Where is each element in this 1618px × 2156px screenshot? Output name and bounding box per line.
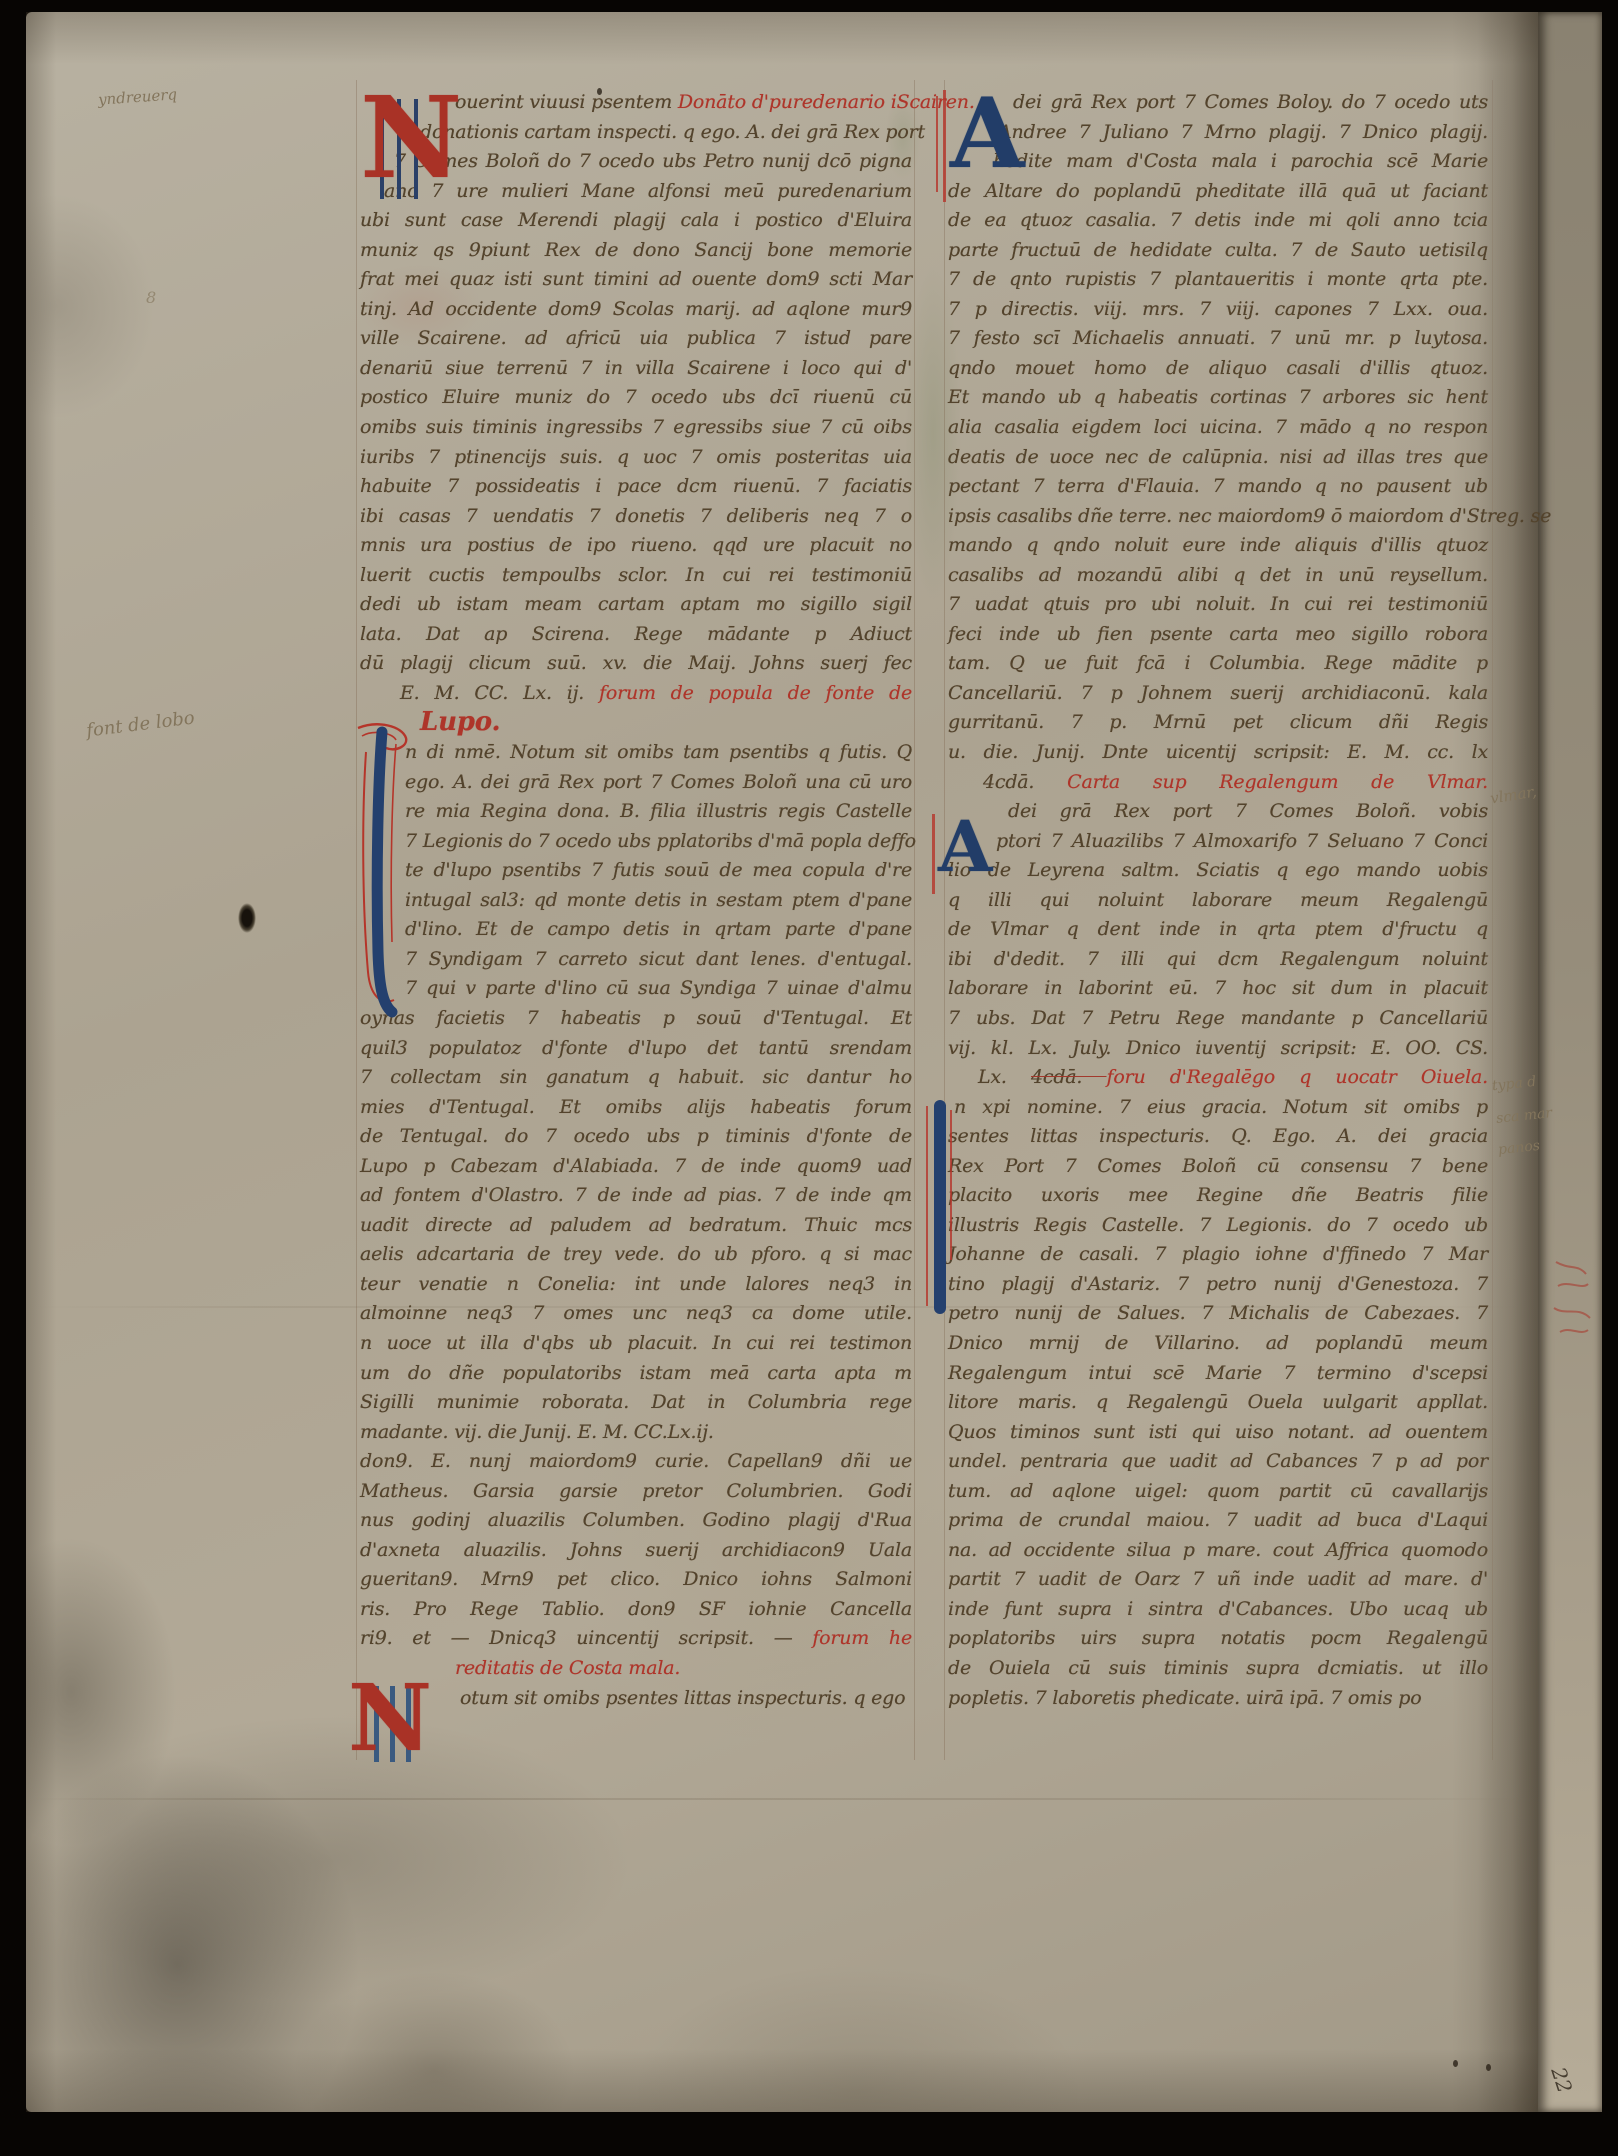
text-line: deatis de uoce nec de calūpnia. nisi ad …: [948, 443, 1488, 473]
text-line: re mia Regina dona. B. filia illustris r…: [360, 797, 912, 827]
ink-text: 7 collectam sin ganatum q habuit. sic da…: [360, 1066, 912, 1088]
red-margin-squiggle: [1548, 1256, 1594, 1350]
ink-text: tum. ad aqlone uigel: quom partit cū cav…: [948, 1480, 1488, 1502]
ink-text: ville Scairene. ad africū uia publica 7 …: [360, 327, 912, 349]
ink-text: feci inde ub fien psente carta meo sigil…: [948, 623, 1488, 645]
ink-text: laborare in laborint eū. 7 hoc sit dum i…: [948, 977, 1488, 999]
ink-text: Sigilli munimie roborata. Dat in Columbr…: [360, 1391, 912, 1413]
text-line: ego. A. dei grā Rex port 7 Comes Boloñ u…: [360, 768, 912, 798]
text-line: ville Scairene. ad africū uia publica 7 …: [360, 324, 912, 354]
rubric-text: forum he: [812, 1627, 912, 1649]
text-line: madante. vij. die Junij. E. M. CC.Lx.ij.: [360, 1418, 912, 1448]
initial-n-red-striped-top: N: [360, 83, 450, 243]
ink-text: Dnico mrnij de Villarino. ad poplandū me…: [948, 1332, 1488, 1354]
ink-text: n uoce ut illa d'qbs ub placuit. In cui …: [360, 1332, 912, 1354]
manuscript-photo: ouerint viuusi psentem Donāto d'puredena…: [0, 0, 1618, 2156]
text-line: Sigilli munimie roborata. Dat in Columbr…: [360, 1388, 912, 1418]
text-line: de Tentugal. do 7 ocedo ubs p timinis d'…: [360, 1122, 912, 1152]
text-line: laborare in laborint eū. 7 hoc sit dum i…: [948, 974, 1488, 1004]
ink-text: petro nunij de Salues. 7 Michalis de Cab…: [948, 1302, 1488, 1324]
ink-text: d'lino. Et de campo detis in qrtam parte…: [405, 918, 912, 940]
ink-text: dedi ub istam meam cartam aptam mo sigil…: [360, 593, 912, 615]
ink-text: de Altare do poplandū pheditate illā quā…: [948, 180, 1488, 202]
ruling-line: [1492, 80, 1493, 1760]
parchment-crease: [30, 1798, 1530, 1800]
text-line: d'axneta aluazilis. Johns suerij archidi…: [360, 1536, 912, 1566]
ink-text: ibi casas 7 uendatis 7 donetis 7 deliber…: [360, 505, 912, 527]
text-line: nus godinj aluazilis Columben. Godino pl…: [360, 1506, 912, 1536]
text-line: petro nunij de Salues. 7 Michalis de Cab…: [948, 1299, 1488, 1329]
initial-a-blue-mid: A: [938, 812, 998, 902]
ink-text: 7 Legionis do 7 ocedo ubs pplatoribs d'm…: [405, 830, 916, 852]
ink-text: iuribs 7 ptinencijs suis. q uoc 7 omis p…: [360, 446, 912, 468]
ink-text: habuite 7 possideatis i pace dcm riuenū.…: [360, 475, 912, 497]
text-line: placito uxoris mee Regine dñe Beatris fi…: [948, 1181, 1488, 1211]
text-line: Dnico mrnij de Villarino. ad poplandū me…: [948, 1329, 1488, 1359]
ruling-line: [944, 80, 945, 1760]
ink-text: Lupo p Cabezam d'Alabiada. 7 de inde quo…: [360, 1155, 912, 1177]
ink-text: casalibs ad mozandū alibi q det in unū r…: [948, 564, 1488, 586]
ink-text: ris. Pro Rege Tablio. don9 SF iohnie Can…: [360, 1598, 912, 1620]
text-line: feci inde ub fien psente carta meo sigil…: [948, 620, 1488, 650]
text-line: teur venatie n Conelia: int unde lalores…: [360, 1270, 912, 1300]
ink-text: postico Eluire muniz do 7 ocedo ubs dcī …: [360, 386, 912, 408]
text-line: ris. Pro Rege Tablio. don9 SF iohnie Can…: [360, 1595, 912, 1625]
text-line: q illi qui noluint laborare meum Regalen…: [948, 886, 1488, 916]
text-line: 7 Syndigam 7 carreto sicut dant lenes. d…: [360, 945, 912, 975]
ink-text: placito uxoris mee Regine dñe Beatris fi…: [948, 1184, 1488, 1206]
text-line: Lupo p Cabezam d'Alabiada. 7 de inde quo…: [360, 1152, 912, 1182]
text-line: mando q qndo noluit eure inde aliquis d'…: [948, 531, 1488, 561]
text-line: tam. Q ue fuit fcā i Columbia. Rege mādi…: [948, 649, 1488, 679]
rubric-text: forum de popula de fonte de: [599, 682, 912, 704]
text-line: Lupo.: [360, 708, 912, 738]
rubric-text: Donāto d'puredenario iScairen.: [678, 91, 975, 113]
ink-text: quil3 populatoz d'fonte d'lupo det tantū…: [360, 1037, 912, 1059]
ink-text: de ea qtuoz casalia. 7 detis inde mi qol…: [948, 209, 1488, 231]
text-line: alia casalia eigdem loci uicina. 7 mādo …: [948, 413, 1488, 443]
text-line: Et mando ub q habeatis cortinas 7 arbore…: [948, 383, 1488, 413]
ink-text: 7 ubs. Dat 7 Petru Rege mandante p Cance…: [948, 1007, 1488, 1029]
text-line: lata. Dat ap Scirena. Rege mādante p Adi…: [360, 620, 912, 650]
text-line: tinj. Ad occidente dom9 Scolas marij. ad…: [360, 295, 912, 325]
text-line: litore maris. q Regalengū Ouela uulgarit…: [948, 1388, 1488, 1418]
ink-text: partit 7 uadit de Oarz 7 uñ inde uadit a…: [948, 1568, 1488, 1590]
text-line: 7 de qnto rupistis 7 plantaueritis i mon…: [948, 265, 1488, 295]
text-line: ibi d'dedit. 7 illi qui dcm Regalengum n…: [948, 945, 1488, 975]
initial-a-blue-top: A: [950, 86, 1020, 206]
text-line: Andree 7 Juliano 7 Mrno plagij. 7 Dnico …: [948, 118, 1488, 148]
text-line: na. ad occidente silua p mare. cout Affr…: [948, 1536, 1488, 1566]
ink-text: tinj. Ad occidente dom9 Scolas marij. ad…: [360, 298, 912, 320]
ink-text: ouerint viuusi psentem: [455, 91, 678, 113]
ink-text: 7 uadat qtuis pro ubi noluit. In cui rei…: [948, 593, 1488, 615]
ink-text: ipsis casalibs dñe terre. nec maiordom9 …: [948, 505, 1551, 527]
text-line: pectant 7 terra d'Flauia. 7 mando q no p…: [948, 472, 1488, 502]
text-line: oynas facietis 7 habeatis p souū d'Tentu…: [360, 1004, 912, 1034]
text-line: Johanne de casali. 7 plagio iohne d'ffin…: [948, 1240, 1488, 1270]
ink-text: re mia Regina dona. B. filia illustris r…: [405, 800, 912, 822]
text-line: d'lino. Et de campo detis in qrtam parte…: [360, 915, 912, 945]
ink-text: qndo mouet homo de aliquo casali d'illis…: [948, 357, 1488, 379]
text-line: n xpi nomine. 7 eius gracia. Notum sit o…: [948, 1093, 1488, 1123]
ink-text: 7 Comes Boloñ do 7 ocedo ubs Petro nunij…: [394, 150, 912, 172]
ink-text: n xpi nomine. 7 eius gracia. Notum sit o…: [954, 1096, 1488, 1118]
text-line: ibi casas 7 uendatis 7 donetis 7 deliber…: [360, 502, 912, 532]
parchment-hole: [238, 903, 256, 933]
text-line: E. M. CC. Lx. ij. forum de popula de fon…: [360, 679, 912, 709]
text-line: popletis. 7 laboretis phedicate. uirā ip…: [948, 1684, 1488, 1714]
text-line: frat mei quaz isti sunt timini ad ouente…: [360, 265, 912, 295]
ink-text: omibs suis timinis ingressibs 7 egressib…: [360, 416, 912, 438]
ink-text: na. ad occidente silua p mare. cout Affr…: [948, 1539, 1488, 1561]
ink-text: donationis cartam inspecti. q ego. A. de…: [420, 121, 925, 143]
text-line: Quos timinos sunt isti qui uiso notant. …: [948, 1418, 1488, 1448]
ink-text: mnis ura postius de ipo riueno. qqd ure …: [360, 534, 912, 556]
text-line: intugal sal3: qd monte detis in sestam p…: [360, 886, 912, 916]
ink-text: madante. vij. die Junij. E. M. CC.Lx.ij.: [360, 1421, 714, 1443]
ink-text: Cancellariū. 7 p Johnem suerij archidiac…: [948, 682, 1488, 704]
ink-text: de Ouiela cū suis timinis supra dcmiatis…: [948, 1657, 1488, 1679]
text-line: Rex Port 7 Comes Boloñ cū consensu 7 ben…: [948, 1152, 1488, 1182]
ink-text: Johanne de casali. 7 plagio iohne d'ffin…: [948, 1243, 1488, 1265]
text-line: sentes littas inspecturis. Q. Ego. A. de…: [948, 1122, 1488, 1152]
ink-text: sentes littas inspecturis. Q. Ego. A. de…: [948, 1125, 1488, 1147]
ink-text: alia casalia eigdem loci uicina. 7 mādo …: [948, 416, 1488, 438]
ink-text: denariū siue terrenū 7 in villa Scairene…: [360, 357, 912, 379]
text-line: aelis adcartaria de trey vede. do ub pfo…: [360, 1240, 912, 1270]
ink-text: gueritan9. Mrn9 pet clico. Dnico iohns S…: [360, 1568, 912, 1590]
text-line: n di nmē. Notum sit omibs tam psentibs q…: [360, 738, 912, 768]
rubric-text: Carta sup Regalengum de Vlmar.: [1067, 771, 1488, 793]
ink-text: Regalengum intui scē Marie 7 termino d's…: [948, 1362, 1488, 1384]
ink-text: inde funt supra i sintra d'Cabances. Ubo…: [948, 1598, 1488, 1620]
margin-mark-8: 8: [146, 288, 156, 307]
ink-text: 7 Syndigam 7 carreto sicut dant lenes. d…: [405, 948, 912, 970]
text-line: mies d'Tentugal. Et omibs alijs habeatis…: [360, 1093, 912, 1123]
ink-text: ptori 7 Aluazilibs 7 Almoxarifo 7 Seluan…: [996, 830, 1488, 852]
ink-text: Lx.: [978, 1066, 1031, 1088]
ink-text: de Tentugal. do 7 ocedo ubs p timinis d'…: [360, 1125, 912, 1147]
ink-text: mando q qndo noluit eure inde aliquis d'…: [948, 534, 1488, 556]
text-line: 7 Legionis do 7 ocedo ubs pplatoribs d'm…: [360, 827, 912, 857]
ink-text: dei grā Rex port 7 Comes Boloy. do 7 oce…: [1013, 91, 1488, 113]
ink-text: ano 7 ure mulieri Mane alfonsi meū pured…: [384, 180, 912, 202]
ink-text: otum sit omibs psentes littas inspecturi…: [460, 1687, 905, 1709]
ink-text: oynas facietis 7 habeatis p souū d'Tentu…: [360, 1007, 912, 1029]
ink-text: Rex Port 7 Comes Boloñ cū consensu 7 ben…: [948, 1155, 1488, 1177]
ink-text: parte fructuū de hedidate culta. 7 de Sa…: [948, 239, 1488, 261]
ink-text: lata. Dat ap Scirena. Rege mādante p Adi…: [360, 623, 912, 645]
ink-text: tam. Q ue fuit fcā i Columbia. Rege mādi…: [948, 652, 1488, 674]
text-line: casalibs ad mozandū alibi q det in unū r…: [948, 561, 1488, 591]
wormhole-speck: [1453, 2060, 1458, 2067]
text-line: Cancellariū. 7 p Johnem suerij archidiac…: [948, 679, 1488, 709]
text-line: hedite mam d'Costa mala i parochia scē M…: [948, 147, 1488, 177]
ink-text: E. M. CC. Lx. ij.: [400, 682, 599, 704]
ink-text: aelis adcartaria de trey vede. do ub pfo…: [360, 1243, 912, 1265]
right-text-column: dei grā Rex port 7 Comes Boloy. do 7 oce…: [948, 88, 1488, 1713]
ink-text: ibi d'dedit. 7 illi qui dcm Regalengum n…: [948, 948, 1488, 970]
text-line: partit 7 uadit de Oarz 7 uñ inde uadit a…: [948, 1565, 1488, 1595]
text-line: denariū siue terrenū 7 in villa Scairene…: [360, 354, 912, 384]
text-line: omibs suis timinis ingressibs 7 egressib…: [360, 413, 912, 443]
ink-text: 7 p directis. viij. mrs. 7 viij. capones…: [948, 298, 1488, 320]
ink-text: litore maris. q Regalengū Ouela uulgarit…: [948, 1391, 1488, 1413]
left-text-column: ouerint viuusi psentem Donāto d'puredena…: [360, 88, 912, 1713]
text-line: 4cdā. Carta sup Regalengum de Vlmar.: [948, 768, 1488, 798]
ink-text: Quos timinos sunt isti qui uiso notant. …: [948, 1421, 1488, 1443]
ink-text: intugal sal3: qd monte detis in sestam p…: [405, 889, 912, 911]
text-line: habuite 7 possideatis i pace dcm riuenū.…: [360, 472, 912, 502]
text-line: de Vlmar q dent inde in qrta ptem d'fruc…: [948, 915, 1488, 945]
text-line: quil3 populatoz d'fonte d'lupo det tantū…: [360, 1034, 912, 1064]
ink-text: ri9. et — Dnicq3 uincentij scripsit. —: [360, 1627, 812, 1649]
text-line: de Altare do poplandū pheditate illā quā…: [948, 177, 1488, 207]
text-line: qndo mouet homo de aliquo casali d'illis…: [948, 354, 1488, 384]
text-line: 7 collectam sin ganatum q habuit. sic da…: [360, 1063, 912, 1093]
ink-text: 4cdā.: [1031, 1066, 1106, 1088]
ink-text: 7 festo scī Michaelis annuati. 7 unū mr.…: [948, 327, 1488, 349]
ink-text: um do dñe populatoribs istam meā carta a…: [360, 1362, 912, 1384]
text-line: prima de crundal maiou. 7 uadit ad buca …: [948, 1506, 1488, 1536]
ink-text: tino plagij d'Astariz. 7 petro nunij d'G…: [948, 1273, 1488, 1295]
rubric-text: foru d'Regalēgo q uocatr Oiuela.: [1106, 1066, 1488, 1088]
ink-text: 7 qui v parte d'lino cū sua Syndiga 7 ui…: [405, 977, 912, 999]
ink-text: hedite mam d'Costa mala i parochia scē M…: [993, 150, 1488, 172]
filigree-j-art: [352, 722, 412, 1022]
ink-text: nus godinj aluazilis Columben. Godino pl…: [360, 1509, 912, 1531]
ink-text: Et mando ub q habeatis cortinas 7 arbore…: [948, 386, 1488, 408]
text-line: illustris Regis Castelle. 7 Legionis. do…: [948, 1211, 1488, 1241]
text-line: 7 uadat qtuis pro ubi noluit. In cui rei…: [948, 590, 1488, 620]
text-line: 7 festo scī Michaelis annuati. 7 unū mr.…: [948, 324, 1488, 354]
text-line: tino plagij d'Astariz. 7 petro nunij d'G…: [948, 1270, 1488, 1300]
text-line: 7 ubs. Dat 7 Petru Rege mandante p Cance…: [948, 1004, 1488, 1034]
text-line: de ea qtuoz casalia. 7 detis inde mi qol…: [948, 206, 1488, 236]
text-line: vij. kl. Lx. July. Dnico iuventij scrips…: [948, 1034, 1488, 1064]
initial-j-blue-filigree: [352, 722, 412, 1022]
text-line: ri9. et — Dnicq3 uincentij scripsit. — f…: [360, 1624, 912, 1654]
ink-text: u. die. Junij. Dnte uicentij scripsit: E…: [948, 741, 1488, 763]
text-line: te d'lupo psentibs 7 futis souū de mea c…: [360, 856, 912, 886]
text-line: undel. pentraria que uadit ad Cabances 7…: [948, 1447, 1488, 1477]
text-line: de Ouiela cū suis timinis supra dcmiatis…: [948, 1654, 1488, 1684]
text-line: don9. E. nunj maiordom9 curie. Capellan9…: [360, 1447, 912, 1477]
text-line: uadit directe ad paludem ad bedratum. Th…: [360, 1211, 912, 1241]
text-line: n uoce ut illa d'qbs ub placuit. In cui …: [360, 1329, 912, 1359]
text-line: luerit cuctis tempoulbs sclor. In cui re…: [360, 561, 912, 591]
text-line: ptori 7 Aluazilibs 7 Almoxarifo 7 Seluan…: [948, 827, 1488, 857]
text-line: gueritan9. Mrn9 pet clico. Dnico iohns S…: [360, 1565, 912, 1595]
ink-text: poplatoribs uirs supra notatis pocm Rega…: [948, 1627, 1488, 1649]
next-folio-edge: [1538, 12, 1602, 2112]
initial-i-blue-tall: [926, 1100, 960, 1320]
ink-text: n di nmē. Notum sit omibs tam psentibs q…: [405, 741, 912, 763]
text-line: dei grā Rex port 7 Comes Boloñ. vobis: [948, 797, 1488, 827]
ink-text: mies d'Tentugal. Et omibs alijs habeatis…: [360, 1096, 912, 1118]
text-line: iuribs 7 ptinencijs suis. q uoc 7 omis p…: [360, 443, 912, 473]
text-line: parte fructuū de hedidate culta. 7 de Sa…: [948, 236, 1488, 266]
text-line: dedi ub istam meam cartam aptam mo sigil…: [360, 590, 912, 620]
ink-text: prima de crundal maiou. 7 uadit ad buca …: [948, 1509, 1488, 1531]
text-line: dei grā Rex port 7 Comes Boloy. do 7 oce…: [948, 88, 1488, 118]
ink-text: Andree 7 Juliano 7 Mrno plagij. 7 Dnico …: [998, 121, 1488, 143]
ink-text: luerit cuctis tempoulbs sclor. In cui re…: [360, 564, 912, 586]
ink-text: illustris Regis Castelle. 7 Legionis. do…: [948, 1214, 1488, 1236]
text-line: postico Eluire muniz do 7 ocedo ubs dcī …: [360, 383, 912, 413]
ink-text: dei grā Rex port 7 Comes Boloñ. vobis: [1008, 800, 1488, 822]
ink-text: uadit directe ad paludem ad bedratum. Th…: [360, 1214, 912, 1236]
ink-text: gurritanū. 7 p. Mrnū pet clicum dñi Regi…: [948, 711, 1488, 733]
ruling-line: [914, 80, 915, 1760]
ink-text: Matheus. Garsia garsie pretor Columbrien…: [360, 1480, 912, 1502]
text-line: ipsis casalibs dñe terre. nec maiordom9 …: [948, 502, 1488, 532]
text-line: almoinne neq3 7 omes unc neq3 ca dome ut…: [360, 1299, 912, 1329]
text-line: poplatoribs uirs supra notatis pocm Rega…: [948, 1624, 1488, 1654]
rubric-text: reditatis de Costa mala.: [455, 1657, 680, 1679]
ink-text: almoinne neq3 7 omes unc neq3 ca dome ut…: [360, 1302, 912, 1324]
ink-text: dū plagij clicum suū. xv. die Maij. John…: [360, 652, 912, 674]
ink-text: ego. A. dei grā Rex port 7 Comes Boloñ u…: [405, 771, 912, 793]
text-line: mnis ura postius de ipo riueno. qqd ure …: [360, 531, 912, 561]
ink-text: 4cdā.: [983, 771, 1067, 793]
ink-text: popletis. 7 laboretis phedicate. uirā ip…: [948, 1687, 1421, 1709]
ink-text: ad fontem d'Olastro. 7 de inde ad pias. …: [360, 1184, 912, 1206]
text-line: Regalengum intui scē Marie 7 termino d's…: [948, 1359, 1488, 1389]
text-line: lio de Leyrena saltm. Sciatis q ego mand…: [948, 856, 1488, 886]
ink-text: q illi qui noluint laborare meum Regalen…: [948, 889, 1488, 911]
ink-text: frat mei quaz isti sunt timini ad ouente…: [360, 268, 912, 290]
ink-text: d'axneta aluazilis. Johns suerij archidi…: [360, 1539, 912, 1561]
text-line: u. die. Junij. Dnte uicentij scripsit: E…: [948, 738, 1488, 768]
ink-text: teur venatie n Conelia: int unde lalores…: [360, 1273, 912, 1295]
text-line: dū plagij clicum suū. xv. die Maij. John…: [360, 649, 912, 679]
text-line: gurritanū. 7 p. Mrnū pet clicum dñi Regi…: [948, 708, 1488, 738]
ink-text: 7 de qnto rupistis 7 plantaueritis i mon…: [948, 268, 1488, 290]
wormhole-speck: [1486, 2064, 1491, 2071]
text-line: Lx. 4cdā. foru d'Regalēgo q uocatr Oiuel…: [948, 1063, 1488, 1093]
ink-text: pectant 7 terra d'Flauia. 7 mando q no p…: [948, 475, 1488, 497]
text-line: inde funt supra i sintra d'Cabances. Ubo…: [948, 1595, 1488, 1625]
ink-text: lio de Leyrena saltm. Sciatis q ego mand…: [948, 859, 1488, 881]
text-line: tum. ad aqlone uigel: quom partit cū cav…: [948, 1477, 1488, 1507]
initial-n-red-striped-bottom: N: [348, 1672, 458, 1782]
ink-text: de Vlmar q dent inde in qrta ptem d'fruc…: [948, 918, 1488, 940]
text-line: 7 qui v parte d'lino cū sua Syndiga 7 ui…: [360, 974, 912, 1004]
ink-text: deatis de uoce nec de calūpnia. nisi ad …: [948, 446, 1488, 468]
ink-text: don9. E. nunj maiordom9 curie. Capellan9…: [360, 1450, 912, 1472]
ink-text: undel. pentraria que uadit ad Cabances 7…: [948, 1450, 1488, 1472]
rubric-text: Lupo.: [420, 707, 500, 737]
text-line: Matheus. Garsia garsie pretor Columbrien…: [360, 1477, 912, 1507]
text-line: 7 p directis. viij. mrs. 7 viij. capones…: [948, 295, 1488, 325]
text-line: ad fontem d'Olastro. 7 de inde ad pias. …: [360, 1181, 912, 1211]
text-line: um do dñe populatoribs istam meā carta a…: [360, 1359, 912, 1389]
ink-text: te d'lupo psentibs 7 futis souū de mea c…: [405, 859, 912, 881]
ink-text: vij. kl. Lx. July. Dnico iuventij scrips…: [948, 1037, 1488, 1059]
